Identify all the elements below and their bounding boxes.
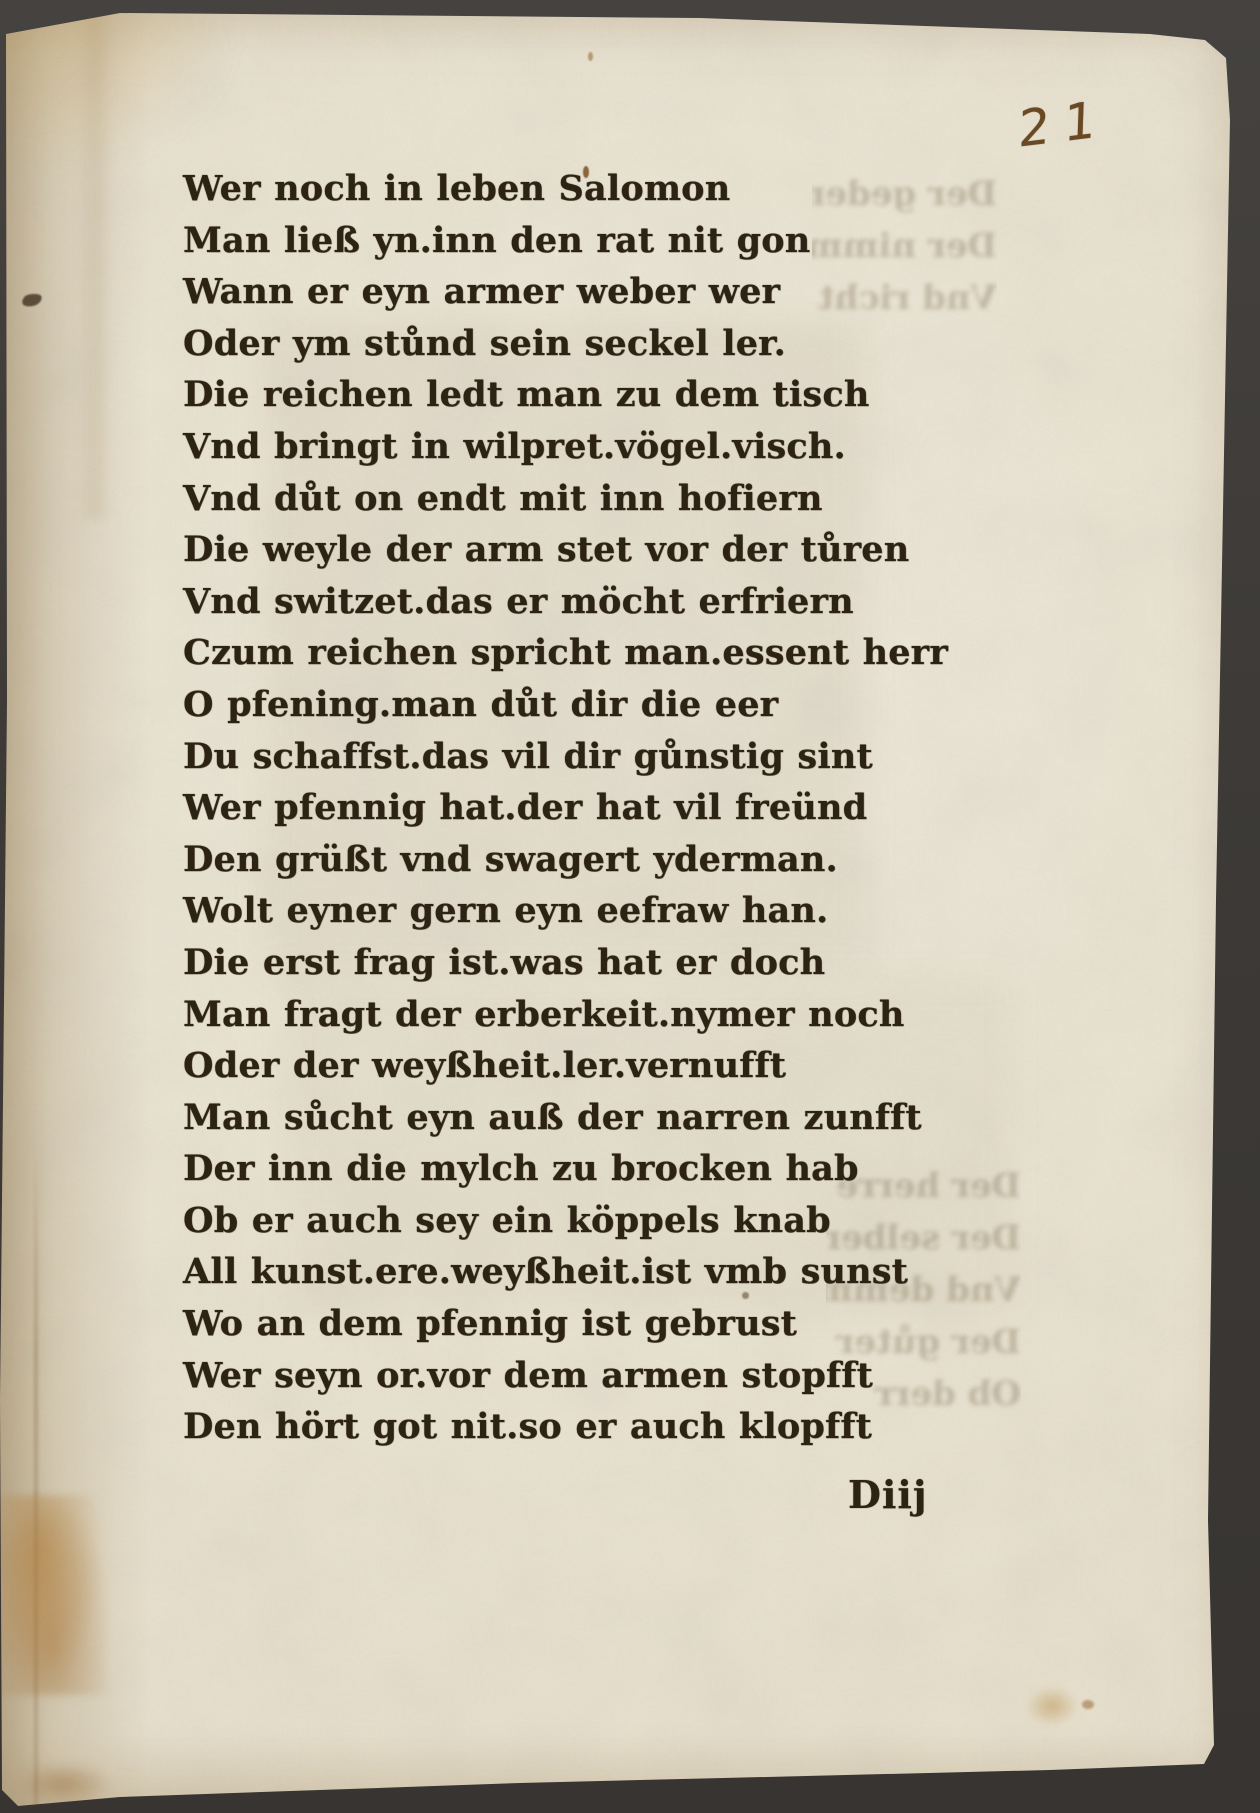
poem-line: Ob er auch sey ein köppels knab xyxy=(183,1195,903,1247)
poem-line: Du schaffst.das vil dir gůnstig sint xyxy=(183,731,903,783)
poem-line: Wolt eyner gern eyn eefraw han. xyxy=(183,885,903,937)
poem-line: Wer pfennig hat.der hat vil freünd xyxy=(183,782,903,834)
book-page: Der gedenckDer nimmerVnd richt Der herre… xyxy=(0,0,1260,1813)
poem-line: O pfening.man důt dir die eer xyxy=(183,679,903,731)
poem-line: Wer noch in leben Salomon xyxy=(183,163,903,215)
poem-line: Den grüßt vnd swagert yderman. xyxy=(183,834,903,886)
poem-line: Wann er eyn armer weber wer xyxy=(183,266,903,318)
poem-line: Die erst frag ist.was hat er doch xyxy=(183,937,903,989)
quire-signature-mark: Diij xyxy=(848,1472,928,1517)
poem-line: Vnd důt on endt mit inn hofiern xyxy=(183,473,903,525)
poem-line: Man sůcht eyn auß der narren zunfft xyxy=(183,1092,903,1144)
poem-line: Vnd switzet.das er möcht erfriern xyxy=(183,576,903,628)
poem-line: Die weyle der arm stet vor der tůren xyxy=(183,524,903,576)
poem-line: Wer seyn or.vor dem armen stopfft xyxy=(183,1350,903,1402)
poem-line: Wo an dem pfennig ist gebrust xyxy=(183,1298,903,1350)
poem-text-block: Wer noch in leben SalomonMan ließ yn.inn… xyxy=(183,163,903,1453)
photo-background: Der gedenckDer nimmerVnd richt Der herre… xyxy=(0,0,1260,1813)
page-fold xyxy=(78,0,112,520)
poem-line: Der inn die mylch zu brocken hab xyxy=(183,1143,903,1195)
poem-line: Oder ym stůnd sein seckel ler. xyxy=(183,318,903,370)
poem-line: Oder der weyßheit.ler.vernufft xyxy=(183,1040,903,1092)
handwritten-folio-number: 21 xyxy=(1017,83,1158,159)
stain xyxy=(1026,1686,1078,1726)
poem-line: Vnd bringt in wilpret.vögel.visch. xyxy=(183,421,903,473)
poem-line: Den hört got nit.so er auch klopfft xyxy=(183,1401,903,1453)
poem-line: Czum reichen spricht man.essent herr xyxy=(183,627,903,679)
page-crease xyxy=(34,1150,38,1813)
ink-speck xyxy=(588,52,593,61)
gutter-shadow xyxy=(0,0,150,1813)
poem-line: Man fragt der erberkeit.nymer noch xyxy=(183,989,903,1041)
poem-line: Die reichen ledt man zu dem tisch xyxy=(183,369,903,421)
poem-line: Man ließ yn.inn den rat nit gon xyxy=(183,215,903,267)
ink-speck xyxy=(1082,1700,1094,1709)
poem-line: All kunst.ere.weyßheit.ist vmb sunst xyxy=(183,1246,903,1298)
